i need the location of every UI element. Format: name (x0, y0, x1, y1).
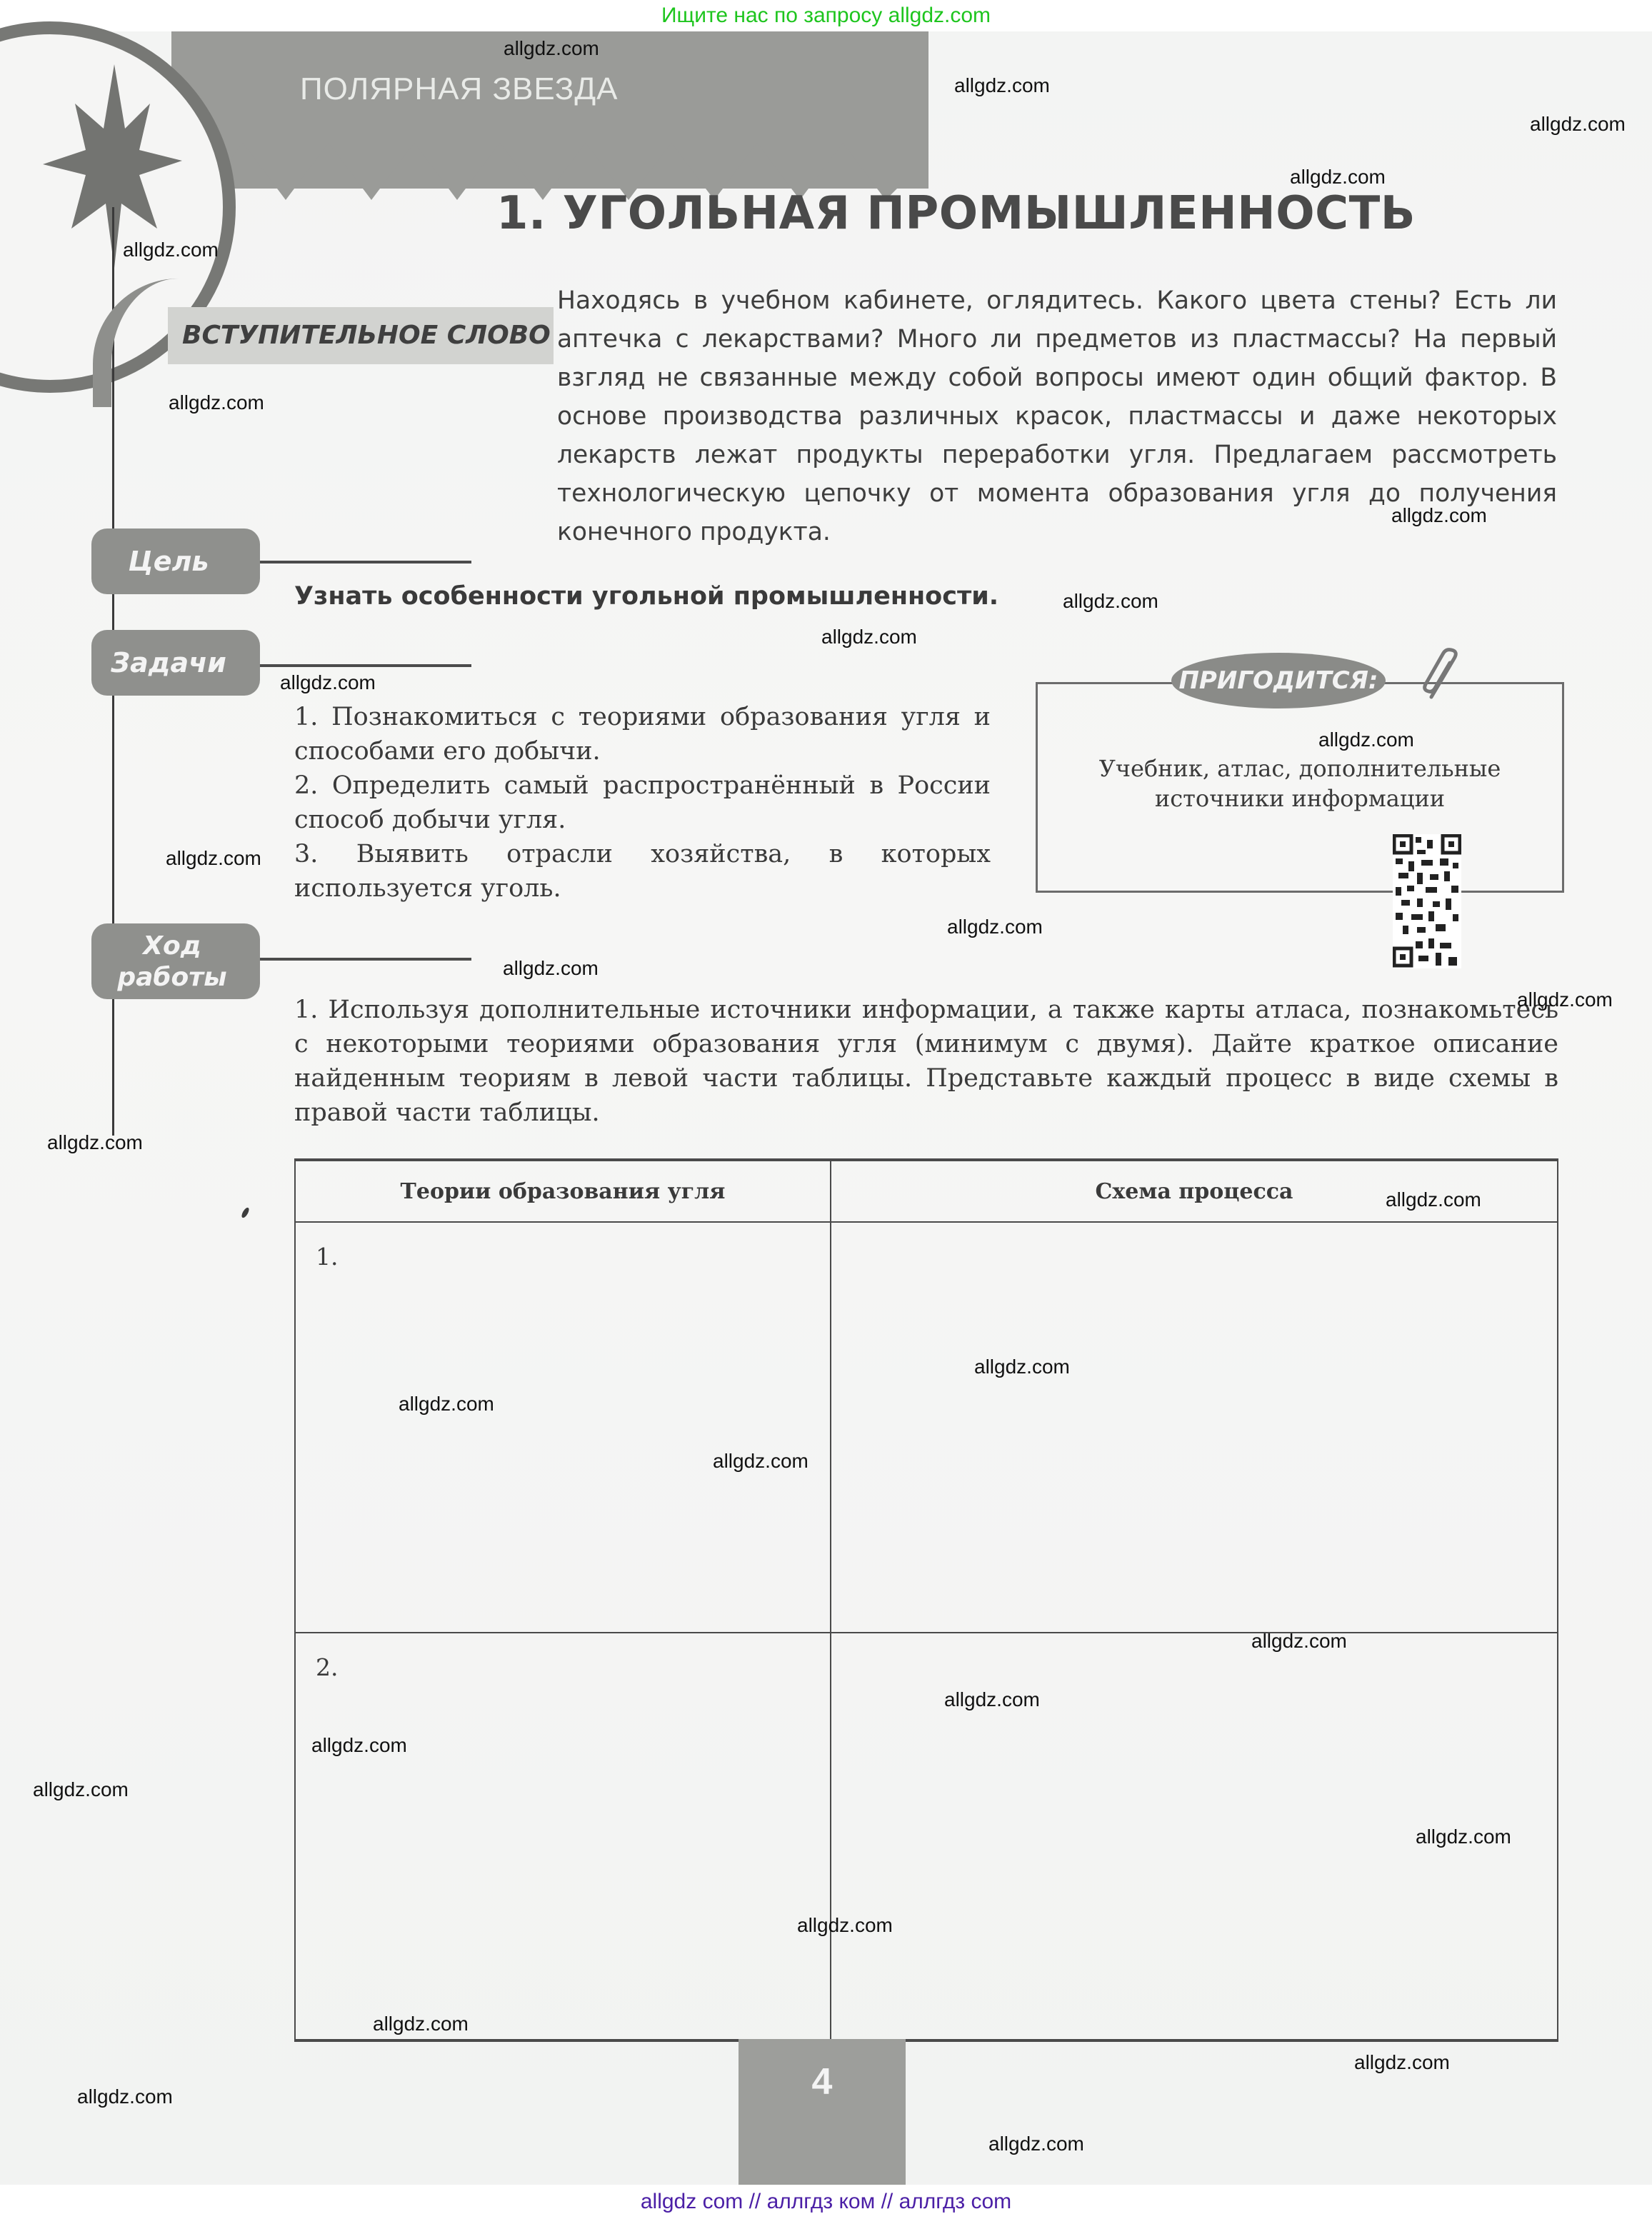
watermark: allgdz.com (47, 1131, 143, 1154)
chapter-title: 1. УГОЛЬНАЯ ПРОМЫШЛЕННОСТЬ (496, 187, 1416, 240)
watermark: allgdz.com (1517, 988, 1613, 1011)
watermark: allgdz.com (166, 847, 261, 870)
watermark: allgdz.com (33, 1778, 129, 1801)
watermark: allgdz.com (1318, 728, 1414, 751)
watermark: allgdz.com (974, 1356, 1070, 1378)
useful-label: ПРИГОДИТСЯ: (1171, 653, 1386, 708)
star-icon (14, 43, 186, 271)
watermark: allgdz.com (797, 1914, 893, 1937)
theory-cell-1[interactable]: 1. (295, 1222, 831, 1633)
watermark: allgdz.com (1386, 1188, 1481, 1211)
table-header-theories: Теории образования угля (295, 1160, 831, 1222)
watermark: allgdz.com (954, 74, 1050, 97)
row-number: 1. (316, 1243, 339, 1271)
watermark: allgdz.com (947, 916, 1043, 938)
paperclip-icon (1421, 647, 1464, 704)
scheme-cell-1[interactable] (831, 1222, 1558, 1633)
watermark: allgdz.com (77, 2085, 173, 2108)
watermark: allgdz.com (1063, 590, 1158, 613)
task-item: 1. Познакомиться с теориями образования … (294, 700, 991, 768)
watermark: allgdz.com (280, 671, 376, 694)
watermark: allgdz.com (1251, 1630, 1347, 1653)
watermark: allgdz.com (123, 239, 219, 261)
progress-tab: Ход работы (91, 923, 260, 999)
theories-table: Теории образования угля Схема процесса 1… (294, 1158, 1558, 2042)
watermark: allgdz.com (504, 37, 599, 60)
tasks-rule (260, 664, 471, 667)
watermark: allgdz.com (988, 2133, 1084, 2155)
table-row: 2. (295, 1633, 1558, 2040)
table-row: 1. (295, 1222, 1558, 1633)
watermark: allgdz.com (503, 957, 599, 980)
row-number: 2. (316, 1653, 339, 1681)
watermark: allgdz.com (1416, 1825, 1511, 1848)
watermark: allgdz.com (821, 626, 917, 648)
goal-tab: Цель (91, 529, 260, 594)
watermark: allgdz.com (373, 2013, 469, 2035)
intro-label: ВСТУПИТЕЛЬНОЕ СЛОВО (168, 307, 554, 364)
progress-rule (260, 958, 471, 961)
step-1-text: 1. Используя дополнительные источники ин… (294, 993, 1558, 1130)
useful-text: Учебник, атлас, дополнительные источники… (1071, 753, 1528, 813)
watermark: allgdz.com (944, 1688, 1040, 1711)
goal-text: Узнать особенности угольной промышленнос… (294, 582, 998, 611)
watermark: allgdz.com (1530, 113, 1626, 136)
theory-cell-2[interactable]: 2. (295, 1633, 831, 2040)
tasks-tab: Задачи (91, 630, 260, 696)
watermark: allgdz.com (169, 391, 264, 414)
site-footer-banner[interactable]: allgdz com // аллгдз ком // аллгдз com (0, 2185, 1652, 2219)
watermark: allgdz.com (713, 1450, 809, 1473)
goal-rule (260, 561, 471, 563)
page-number: 4 (739, 2060, 906, 2103)
site-search-banner[interactable]: Ищите нас по запросу allgdz.com (0, 0, 1652, 31)
tasks-list: 1. Познакомиться с теориями образования … (294, 700, 991, 906)
watermark: allgdz.com (1290, 166, 1386, 189)
task-item: 2. Определить самый распространённый в Р… (294, 768, 991, 837)
watermark: allgdz.com (1354, 2051, 1450, 2074)
watermark: allgdz.com (311, 1734, 407, 1757)
intro-badge: ВСТУПИТЕЛЬНОЕ СЛОВО (93, 279, 536, 364)
qr-code-icon[interactable] (1393, 834, 1461, 968)
watermark: allgdz.com (1391, 504, 1487, 527)
task-item: 3. Выявить отрасли хозяйства, в которых … (294, 837, 991, 906)
watermark: allgdz.com (399, 1393, 494, 1416)
series-title: ПОЛЯРНАЯ ЗВЕЗДА (300, 71, 619, 107)
